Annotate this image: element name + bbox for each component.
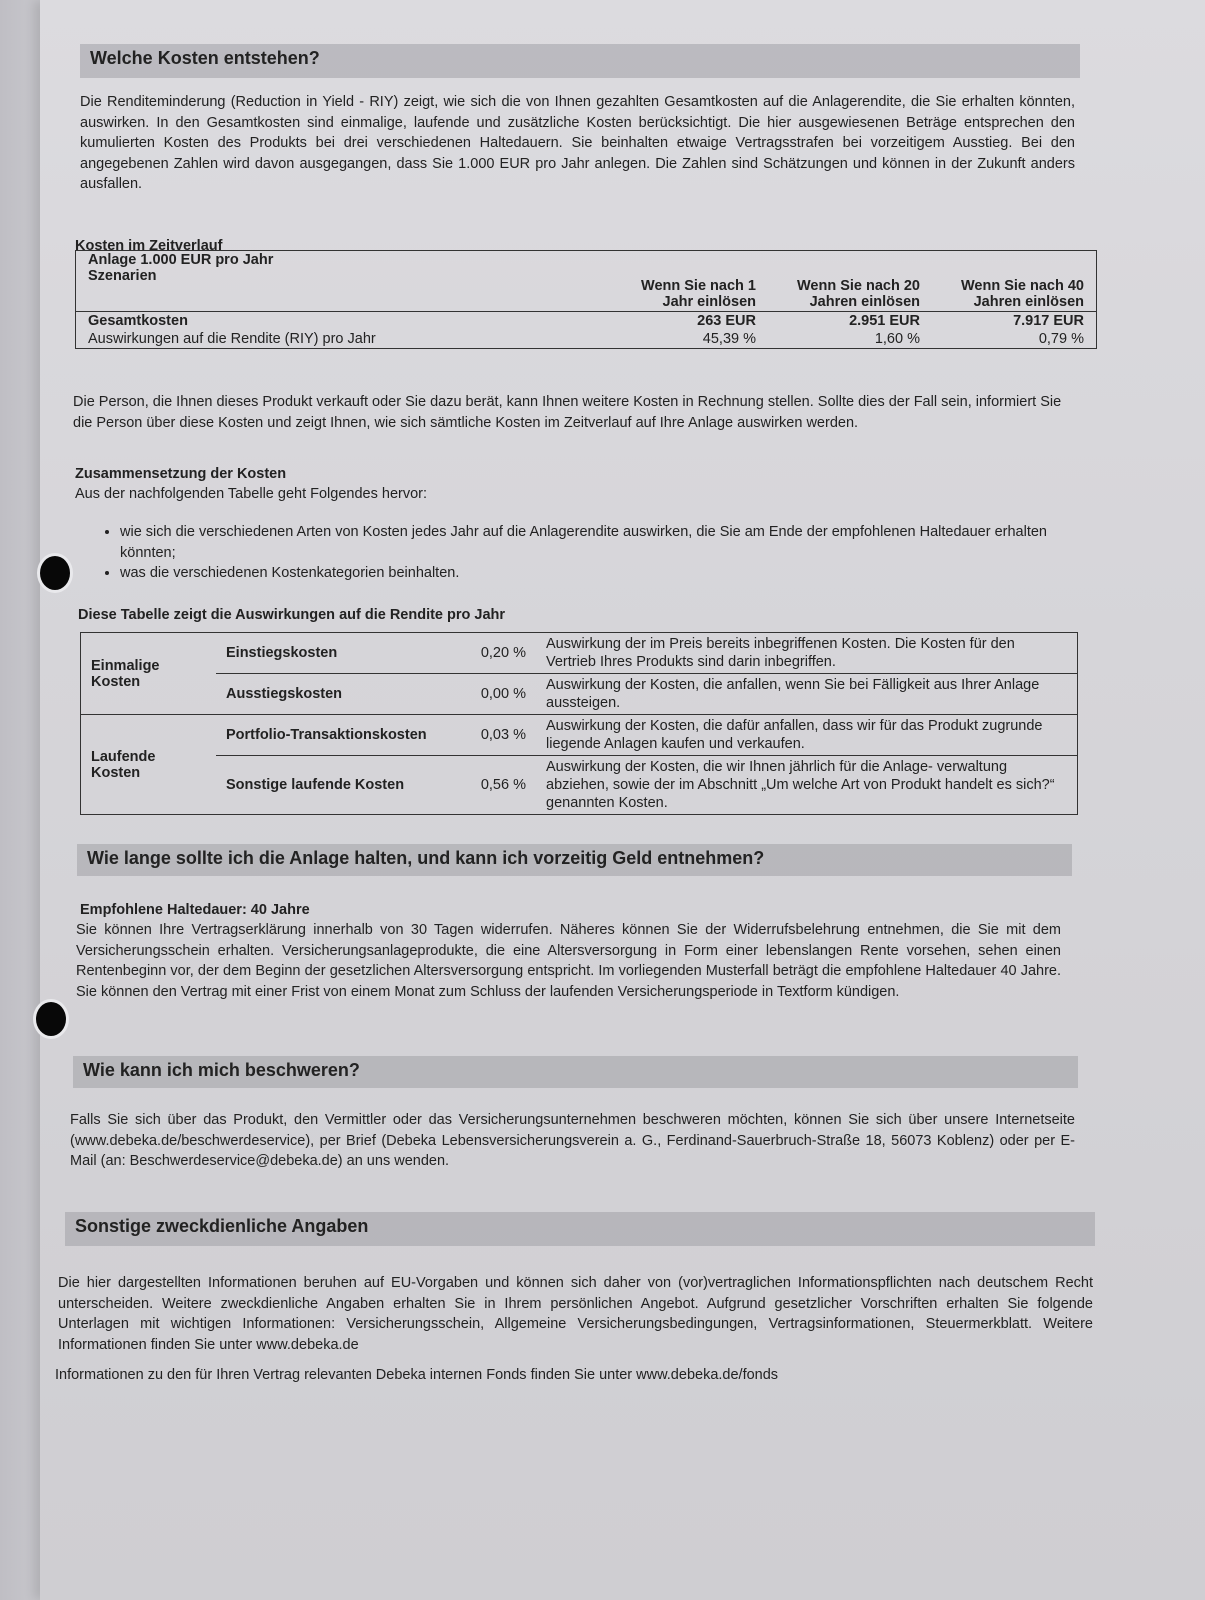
table-row: Gesamtkosten 263 EUR 2.951 EUR 7.917 EUR bbox=[76, 312, 1097, 331]
section-heading-costs: Welche Kosten entstehen? bbox=[80, 44, 1080, 78]
item-description: Auswirkung der Kosten, die anfallen, wen… bbox=[536, 674, 1078, 715]
cost-over-time-table: Anlage 1.000 EUR pro Jahr Szenarien Wenn… bbox=[75, 250, 1097, 349]
punch-hole bbox=[40, 556, 70, 590]
punch-hole bbox=[36, 1002, 66, 1036]
item-value: 0,03 % bbox=[456, 715, 536, 756]
row-label: Gesamtkosten bbox=[76, 312, 605, 331]
section-heading-complaints: Wie kann ich mich beschweren? bbox=[73, 1056, 1078, 1088]
item-description: Auswirkung der im Preis bereits inbegrif… bbox=[536, 633, 1078, 674]
holding-period-text: Sie können Ihre Vertragserklärung innerh… bbox=[76, 920, 1061, 1002]
section-heading-other-info: Sonstige zweckdienliche Angaben bbox=[65, 1212, 1095, 1246]
group-label: Einmalige Kosten bbox=[81, 633, 217, 715]
item-value: 0,00 % bbox=[456, 674, 536, 715]
item-label: Ausstiegskosten bbox=[216, 674, 456, 715]
cell-value: 0,79 % bbox=[932, 330, 1097, 349]
item-label: Einstiegskosten bbox=[216, 633, 456, 674]
item-value: 0,20 % bbox=[456, 633, 536, 674]
recommended-holding-period: Empfohlene Haltedauer: 40 Jahre bbox=[80, 900, 310, 921]
row-label: Auswirkungen auf die Rendite (RIY) pro J… bbox=[76, 330, 605, 349]
costs-intro-text: Die Renditeminderung (Reduction in Yield… bbox=[80, 92, 1075, 195]
cell-value: 2.951 EUR bbox=[768, 312, 932, 331]
list-item: was die verschiedenen Kostenkategorien b… bbox=[120, 563, 1100, 584]
item-value: 0,56 % bbox=[456, 756, 536, 815]
advisor-note-text: Die Person, die Ihnen dieses Produkt ver… bbox=[73, 392, 1078, 433]
yield-table-caption: Diese Tabelle zeigt die Auswirkungen auf… bbox=[78, 607, 505, 623]
complaints-text: Falls Sie sich über das Produkt, den Ver… bbox=[70, 1110, 1075, 1172]
item-label: Portfolio-Transaktionskosten bbox=[216, 715, 456, 756]
column-header: Jahren einlösen bbox=[944, 294, 1084, 310]
header-investment: Anlage 1.000 EUR pro Jahr bbox=[88, 252, 592, 268]
composition-bullets: wie sich die verschiedenen Arten von Kos… bbox=[100, 522, 1100, 584]
header-scenarios: Szenarien bbox=[88, 268, 592, 284]
column-header: Jahr einlösen bbox=[616, 294, 756, 310]
item-description: Auswirkung der Kosten, die dafür anfalle… bbox=[536, 715, 1078, 756]
column-header: Wenn Sie nach 1 bbox=[616, 278, 756, 294]
table-row: Auswirkungen auf die Rendite (RIY) pro J… bbox=[76, 330, 1097, 349]
section-heading-holding-period: Wie lange sollte ich die Anlage halten, … bbox=[77, 844, 1072, 876]
other-info-text: Die hier dargestellten Informationen ber… bbox=[58, 1273, 1093, 1355]
column-header: Wenn Sie nach 40 bbox=[944, 278, 1084, 294]
item-label: Sonstige laufende Kosten bbox=[216, 756, 456, 815]
composition-title: Zusammensetzung der Kosten bbox=[75, 464, 286, 485]
list-item: wie sich die verschiedenen Arten von Kos… bbox=[120, 522, 1100, 563]
cell-value: 45,39 % bbox=[604, 330, 768, 349]
yield-impact-table: Einmalige Kosten Einstiegskosten 0,20 % … bbox=[80, 632, 1078, 815]
funds-info-text: Informationen zu den für Ihren Vertrag r… bbox=[55, 1365, 1095, 1386]
composition-subtitle: Aus der nachfolgenden Tabelle geht Folge… bbox=[75, 484, 427, 505]
item-description: Auswirkung der Kosten, die wir Ihnen jäh… bbox=[536, 756, 1078, 815]
cell-value: 1,60 % bbox=[768, 330, 932, 349]
column-header: Wenn Sie nach 20 bbox=[780, 278, 920, 294]
group-label: Laufende Kosten bbox=[81, 715, 217, 815]
cell-value: 263 EUR bbox=[604, 312, 768, 331]
column-header: Jahren einlösen bbox=[780, 294, 920, 310]
cell-value: 7.917 EUR bbox=[932, 312, 1097, 331]
